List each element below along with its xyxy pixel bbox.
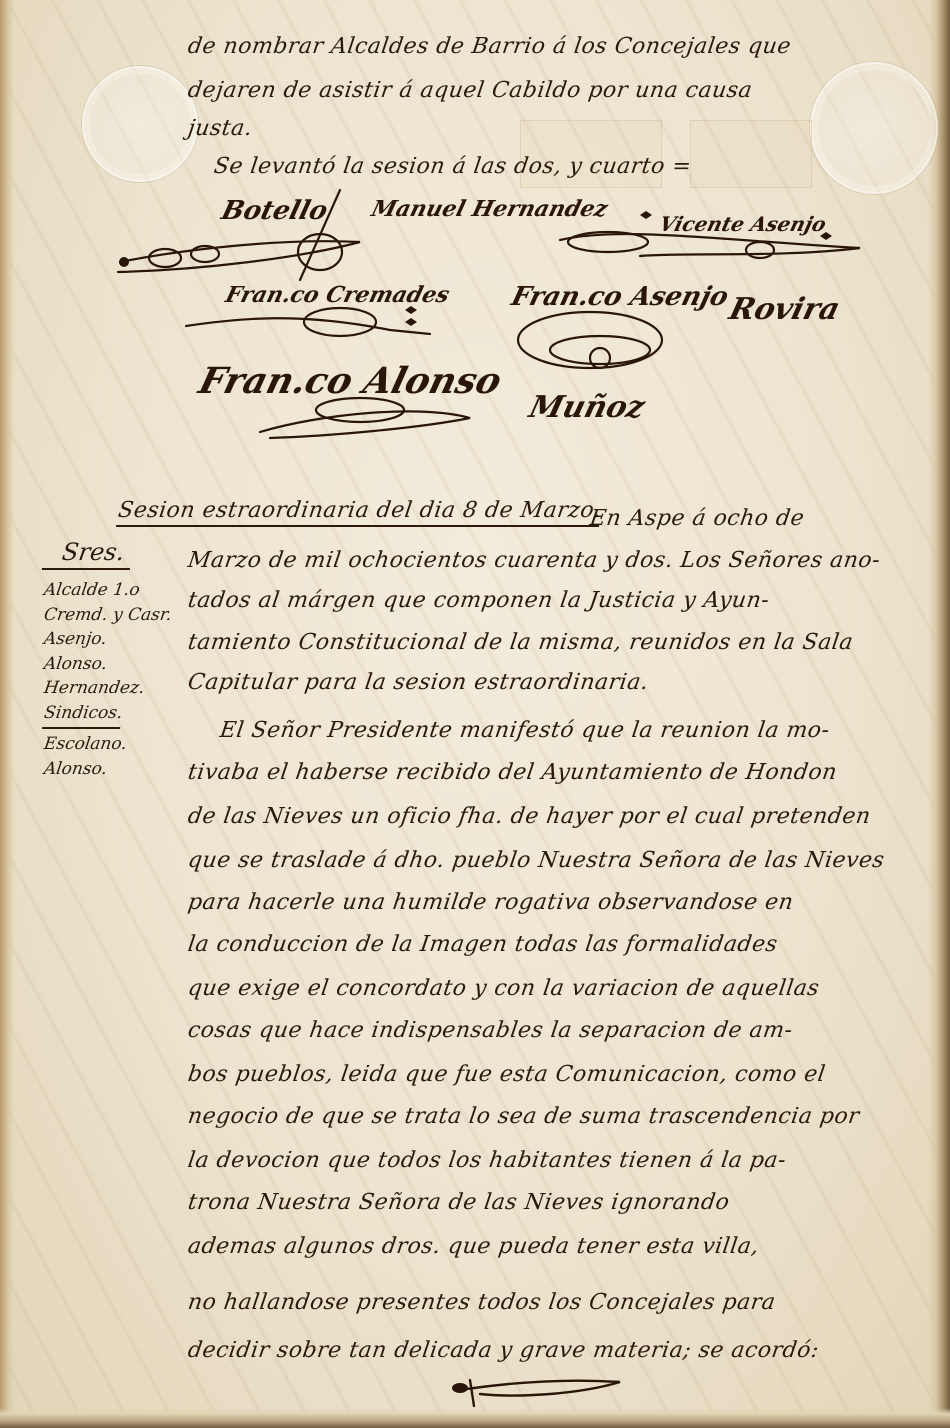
session-heading: Sesion estraordinaria del dia 8 de Marzo… [116,498,603,527]
faint-tax-stamp [690,120,812,188]
text-line: de las Nieves un oficio fha. de hayer po… [186,804,872,829]
embossed-seal-left-icon [82,66,198,182]
attendee-item: Alonso. [42,652,165,677]
text-line: que se traslade á dho. pueblo Nuestra Se… [186,848,886,873]
attendee-item: Hernandez. [42,676,165,701]
attendee-item: Sindicos. [42,701,124,729]
embossed-seal-right-icon [810,62,938,194]
attendee-item: Escolano. [42,732,165,757]
text-line: bos pueblos, leida que fue esta Comunica… [186,1062,827,1087]
text-line: Capitular para la sesion estraordinaria. [186,670,650,695]
signature: Fran.co Alonso [195,360,506,402]
signature: Rovira [726,292,844,327]
signature: Fran.co Cremades [223,282,452,308]
attendee-item: Cremd. y Casr. [42,603,165,628]
closing-line: Se levantó la sesion á las dos, y cuarto… [212,154,693,179]
signature: Vicente Asenjo [657,212,829,236]
page-edge-left [0,0,14,1428]
text-line: tivaba el haberse recibido del Ayuntamie… [186,760,838,785]
text-line: negocio de que se trata lo sea de suma t… [186,1104,861,1129]
text-line: tamiento Constitucional de la misma, reu… [186,630,855,655]
text-line: justa. [186,116,254,141]
manuscript-page: de nombrar Alcaldes de Barrio á los Conc… [0,0,950,1428]
text-line: Marzo de mil ochocientos cuarenta y dos.… [186,548,882,573]
attendee-item: Alcalde 1.o [42,578,165,603]
text-line: de nombrar Alcaldes de Barrio á los Conc… [186,34,792,59]
signature: Botello [218,196,330,226]
signature: Fran.co Asenjo [508,282,731,312]
attendee-item: Alonso. [42,757,165,782]
text-line: tados al márgen que componen la Justicia… [186,588,771,613]
page-edge-right [928,0,950,1428]
attendee-item: Asenjo. [42,627,165,652]
signature: Manuel Hernandez [369,196,611,222]
text-line: que exige el concordato y con la variaci… [186,976,821,1001]
text-line: trona Nuestra Señora de las Nieves ignor… [186,1190,731,1215]
page-edge-bottom [0,1408,950,1428]
text-line: cosas que hace indispensables la separac… [186,1018,794,1043]
text-line: ademas algunos dros. que pueda tener est… [186,1234,760,1259]
text-line: dejaren de asistir á aquel Cabildo por u… [186,78,754,103]
attendee-margin-heading: Sres. [42,538,135,570]
text-line: la conduccion de la Imagen todas las for… [186,932,779,957]
text-line: En Aspe á ocho de [588,506,806,531]
rubric-flourish-icon [440,1370,640,1410]
text-line: para hacerle una humilde rogativa observ… [186,890,795,915]
text-line: decidir sobre tan delicada y grave mater… [186,1338,820,1363]
text-line: El Señor Presidente manifestó que la reu… [218,718,831,743]
signature: Muñoz [526,390,649,425]
text-line: no hallandose presentes todos los Concej… [186,1290,777,1315]
text-line: la devocion que todos los habitantes tie… [186,1148,788,1173]
attendee-margin-list: Sres. Alcalde 1.o Cremd. y Casr. Asenjo.… [44,538,164,781]
